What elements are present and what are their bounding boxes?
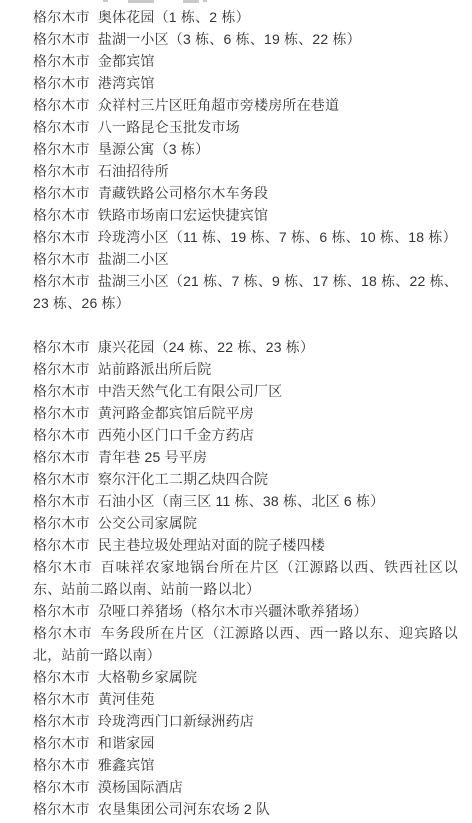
list-item: 格尔木市百味祥农家地锅台所在片区（江源路以西、铁西社区以东、站前二路以南、站前一…	[33, 556, 458, 600]
list-item: 格尔木市八一路昆仑玉批发市场	[33, 116, 458, 138]
place-label: 农垦集团公司河东农场 2 队	[98, 801, 270, 817]
location-list: 格尔木市奥体花园（1 栋、2 栋） 格尔木市盐湖一小区（3 栋、6 栋、19 栋…	[0, 0, 472, 820]
place-label: 尕哑口养猪场（格尔木市兴疆沐歌养猪场）	[98, 603, 368, 619]
place-label: 雅鑫宾馆	[98, 757, 155, 773]
place-label: 车务段所在片区（江源路以西、西一路以东、迎宾路以北，站前一路以南）	[33, 625, 458, 663]
place-label: 民主巷垃圾处理站对面的院子楼四楼	[98, 537, 325, 553]
place-label: 盐湖三小区（21 栋、7 栋、9 栋、17 栋、18 栋、22 栋、23 栋、2…	[33, 273, 458, 311]
place-label: 石油小区（南三区 11 栋、38 栋、北区 6 栋）	[98, 493, 385, 509]
clipped-text-remnant	[103, 0, 108, 2]
list-item: 格尔木市和谐家园	[33, 732, 458, 754]
place-label: 黄河佳苑	[98, 691, 155, 707]
place-label: 八一路昆仑玉批发市场	[98, 119, 240, 135]
clipped-text-remnant	[203, 0, 207, 2]
city-label: 格尔木市	[33, 273, 90, 289]
list-item: 格尔木市尕哑口养猪场（格尔木市兴疆沐歌养猪场）	[33, 600, 458, 622]
city-label: 格尔木市	[33, 471, 90, 487]
city-label: 格尔木市	[33, 251, 90, 267]
place-label: 众祥村三片区旺角超市旁楼房所在巷道	[98, 97, 339, 113]
list-item: 格尔木市察尔汗化工二期乙炔四合院	[33, 468, 458, 490]
list-item: 格尔木市青藏铁路公司格尔木车务段	[33, 182, 458, 204]
list-item: 格尔木市黄河佳苑	[33, 688, 458, 710]
list-item: 格尔木市众祥村三片区旺角超市旁楼房所在巷道	[33, 94, 458, 116]
list-item: 格尔木市盐湖三小区（21 栋、7 栋、9 栋、17 栋、18 栋、22 栋、23…	[33, 270, 458, 314]
place-label: 和谐家园	[98, 735, 155, 751]
list-item: 格尔木市玲珑湾西门口新绿洲药店	[33, 710, 458, 732]
place-label: 西苑小区门口千金方药店	[98, 427, 254, 443]
place-label: 金都宾馆	[98, 53, 155, 69]
list-item: 格尔木市盐湖二小区	[33, 248, 458, 270]
city-label: 格尔木市	[33, 515, 90, 531]
place-label: 百味祥农家地锅台所在片区（江源路以西、铁西社区以东、站前二路以南、站前一路以北）	[33, 559, 458, 597]
place-label: 黄河路金都宾馆后院平房	[98, 405, 254, 421]
city-label: 格尔木市	[33, 757, 90, 773]
city-label: 格尔木市	[33, 405, 90, 421]
list-item: 格尔木市青年巷 25 号平房	[33, 446, 458, 468]
city-label: 格尔木市	[33, 207, 90, 223]
city-label: 格尔木市	[33, 9, 90, 25]
city-label: 格尔木市	[33, 185, 90, 201]
list-item: 格尔木市大格勒乡家属院	[33, 666, 458, 688]
place-label: 垦源公寓（3 栋）	[98, 141, 209, 157]
place-label: 大格勒乡家属院	[98, 669, 197, 685]
city-label: 格尔木市	[33, 669, 90, 685]
list-item: 格尔木市石油招待所	[33, 160, 458, 182]
list-item: 格尔木市站前路派出所后院	[33, 358, 458, 380]
list-item: 格尔木市农垦集团公司河东农场 2 队	[33, 798, 458, 820]
place-label: 漠杨国际酒店	[98, 779, 183, 795]
list-item: 格尔木市车务段所在片区（江源路以西、西一路以东、迎宾路以北，站前一路以南）	[33, 622, 458, 666]
location-block-2: 格尔木市康兴花园（24 栋、22 栋、23 栋） 格尔木市站前路派出所后院 格尔…	[33, 336, 458, 820]
place-label: 盐湖二小区	[98, 251, 169, 267]
list-item: 格尔木市垦源公寓（3 栋）	[33, 138, 458, 160]
list-item: 格尔木市奥体花园（1 栋、2 栋）	[33, 6, 458, 28]
city-label: 格尔木市	[33, 97, 90, 113]
place-label: 中浩天然气化工有限公司厂区	[98, 383, 283, 399]
city-label: 格尔木市	[33, 735, 90, 751]
list-item: 格尔木市西苑小区门口千金方药店	[33, 424, 458, 446]
city-label: 格尔木市	[33, 493, 90, 509]
city-label: 格尔木市	[33, 75, 90, 91]
list-item: 格尔木市金都宾馆	[33, 50, 458, 72]
place-label: 盐湖一小区（3 栋、6 栋、19 栋、22 栋）	[98, 31, 361, 47]
list-item: 格尔木市黄河路金都宾馆后院平房	[33, 402, 458, 424]
list-item: 格尔木市康兴花园（24 栋、22 栋、23 栋）	[33, 336, 458, 358]
place-label: 康兴花园（24 栋、22 栋、23 栋）	[98, 339, 314, 355]
city-label: 格尔木市	[33, 713, 90, 729]
list-item: 格尔木市民主巷垃圾处理站对面的院子楼四楼	[33, 534, 458, 556]
clipped-text-remnant	[128, 0, 154, 3]
list-item: 格尔木市漠杨国际酒店	[33, 776, 458, 798]
place-label: 奥体花园（1 栋、2 栋）	[98, 9, 250, 25]
city-label: 格尔木市	[33, 361, 90, 377]
list-item: 格尔木市盐湖一小区（3 栋、6 栋、19 栋、22 栋）	[33, 28, 458, 50]
city-label: 格尔木市	[33, 229, 90, 245]
city-label: 格尔木市	[33, 779, 90, 795]
list-item: 格尔木市雅鑫宾馆	[33, 754, 458, 776]
list-item: 格尔木市铁路市场南口宏运快捷宾馆	[33, 204, 458, 226]
city-label: 格尔木市	[33, 801, 90, 817]
list-item: 格尔木市石油小区（南三区 11 栋、38 栋、北区 6 栋）	[33, 490, 458, 512]
city-label: 格尔木市	[33, 537, 90, 553]
city-label: 格尔木市	[33, 603, 90, 619]
place-label: 铁路市场南口宏运快捷宾馆	[98, 207, 268, 223]
city-label: 格尔木市	[33, 691, 90, 707]
document-page: 格尔木市奥体花园（1 栋、2 栋） 格尔木市盐湖一小区（3 栋、6 栋、19 栋…	[0, 0, 472, 823]
list-item: 格尔木市中浩天然气化工有限公司厂区	[33, 380, 458, 402]
location-block-1: 格尔木市奥体花园（1 栋、2 栋） 格尔木市盐湖一小区（3 栋、6 栋、19 栋…	[33, 6, 458, 314]
place-label: 站前路派出所后院	[98, 361, 212, 377]
city-label: 格尔木市	[33, 625, 93, 641]
city-label: 格尔木市	[33, 119, 90, 135]
place-label: 玲珑湾西门口新绿洲药店	[98, 713, 254, 729]
city-label: 格尔木市	[33, 449, 90, 465]
city-label: 格尔木市	[33, 383, 90, 399]
city-label: 格尔木市	[33, 427, 90, 443]
city-label: 格尔木市	[33, 339, 90, 355]
list-item: 格尔木市玲珑湾小区（11 栋、19 栋、7 栋、6 栋、10 栋、18 栋）	[33, 226, 458, 248]
clipped-text-remnant	[183, 0, 199, 3]
city-label: 格尔木市	[33, 53, 90, 69]
place-label: 察尔汗化工二期乙炔四合院	[98, 471, 268, 487]
place-label: 公交公司家属院	[98, 515, 197, 531]
place-label: 青藏铁路公司格尔木车务段	[98, 185, 268, 201]
city-label: 格尔木市	[33, 559, 93, 575]
place-label: 石油招待所	[98, 163, 169, 179]
place-label: 玲珑湾小区（11 栋、19 栋、7 栋、6 栋、10 栋、18 栋）	[98, 229, 457, 245]
city-label: 格尔木市	[33, 141, 90, 157]
list-item: 格尔木市港湾宾馆	[33, 72, 458, 94]
list-item: 格尔木市公交公司家属院	[33, 512, 458, 534]
place-label: 港湾宾馆	[98, 75, 155, 91]
city-label: 格尔木市	[33, 31, 90, 47]
city-label: 格尔木市	[33, 163, 90, 179]
place-label: 青年巷 25 号平房	[98, 449, 207, 465]
